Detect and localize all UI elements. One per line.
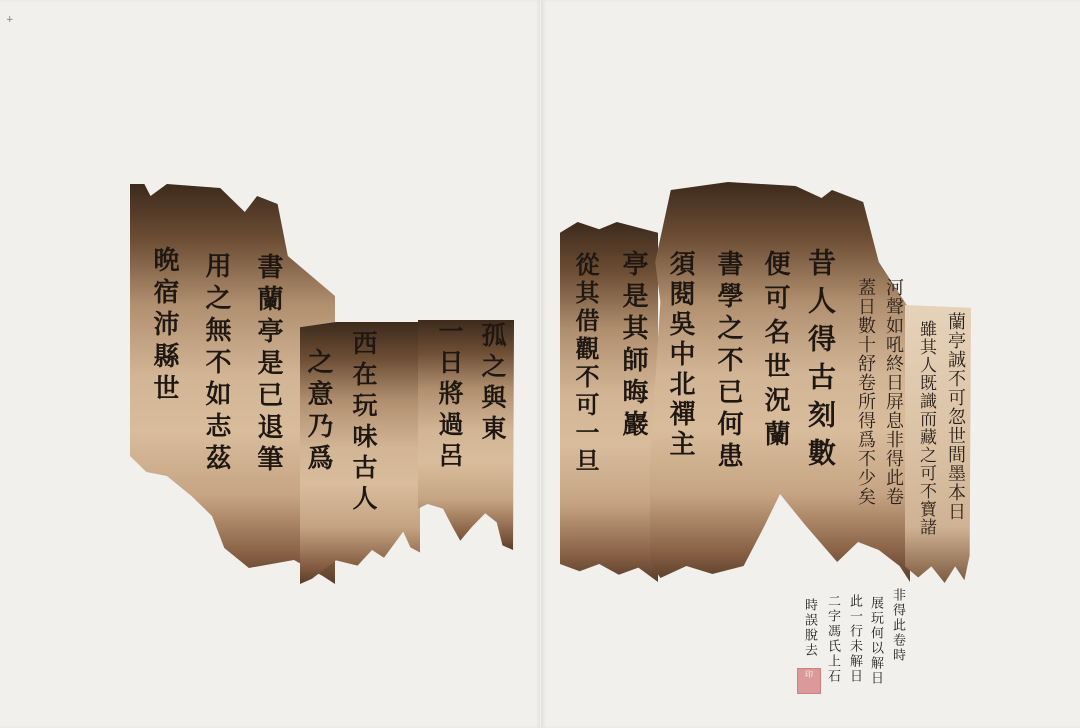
left-col-5: 西在玩味古人 xyxy=(345,330,381,516)
right-col-10: 蘭亭誠不可忽世間墨本日 xyxy=(942,312,968,521)
right-col-8: 河聲如吼終日屏息非得此卷 xyxy=(880,278,906,506)
left-col-2: 用之無不如志茲 xyxy=(198,252,235,476)
colophon-line-2: 展玩何以解日 xyxy=(866,596,885,686)
red-seal-stamp: 印 xyxy=(797,668,821,694)
left-col-4: 之意乃爲 xyxy=(300,348,337,476)
left-col-6: 一日將過呂 xyxy=(431,318,467,473)
left-col-1: 晩宿沛縣世 xyxy=(146,246,183,406)
right-col-6: 昔人得古刻數 xyxy=(800,248,840,476)
colophon-line-3: 此一行未解日 xyxy=(845,594,864,684)
center-fold xyxy=(539,0,542,728)
right-col-4: 書學之不已何患 xyxy=(710,250,747,474)
corner-registration-mark: + xyxy=(6,16,14,24)
right-col-3: 須閱吳中北禪主 xyxy=(662,250,699,460)
left-col-3: 書蘭亭是已退筆 xyxy=(250,253,287,477)
colophon-line-1: 非得此卷時 xyxy=(888,588,907,663)
colophon-line-5: 時誤脫去 xyxy=(800,598,819,658)
right-col-2: 亭是其師晦巖 xyxy=(615,250,652,442)
right-col-7: 蓋日數十舒卷所得爲不少矣 xyxy=(852,278,878,506)
left-col-7: 孤之與東 xyxy=(474,322,510,446)
right-col-1: 從其借觀不可一旦 xyxy=(568,252,603,476)
colophon-line-4: 二字馮氏上石 xyxy=(823,594,842,684)
right-col-5: 便可名世況蘭 xyxy=(757,250,794,454)
right-col-9: 雖其人既識而藏之可不寶諸 xyxy=(914,320,939,536)
